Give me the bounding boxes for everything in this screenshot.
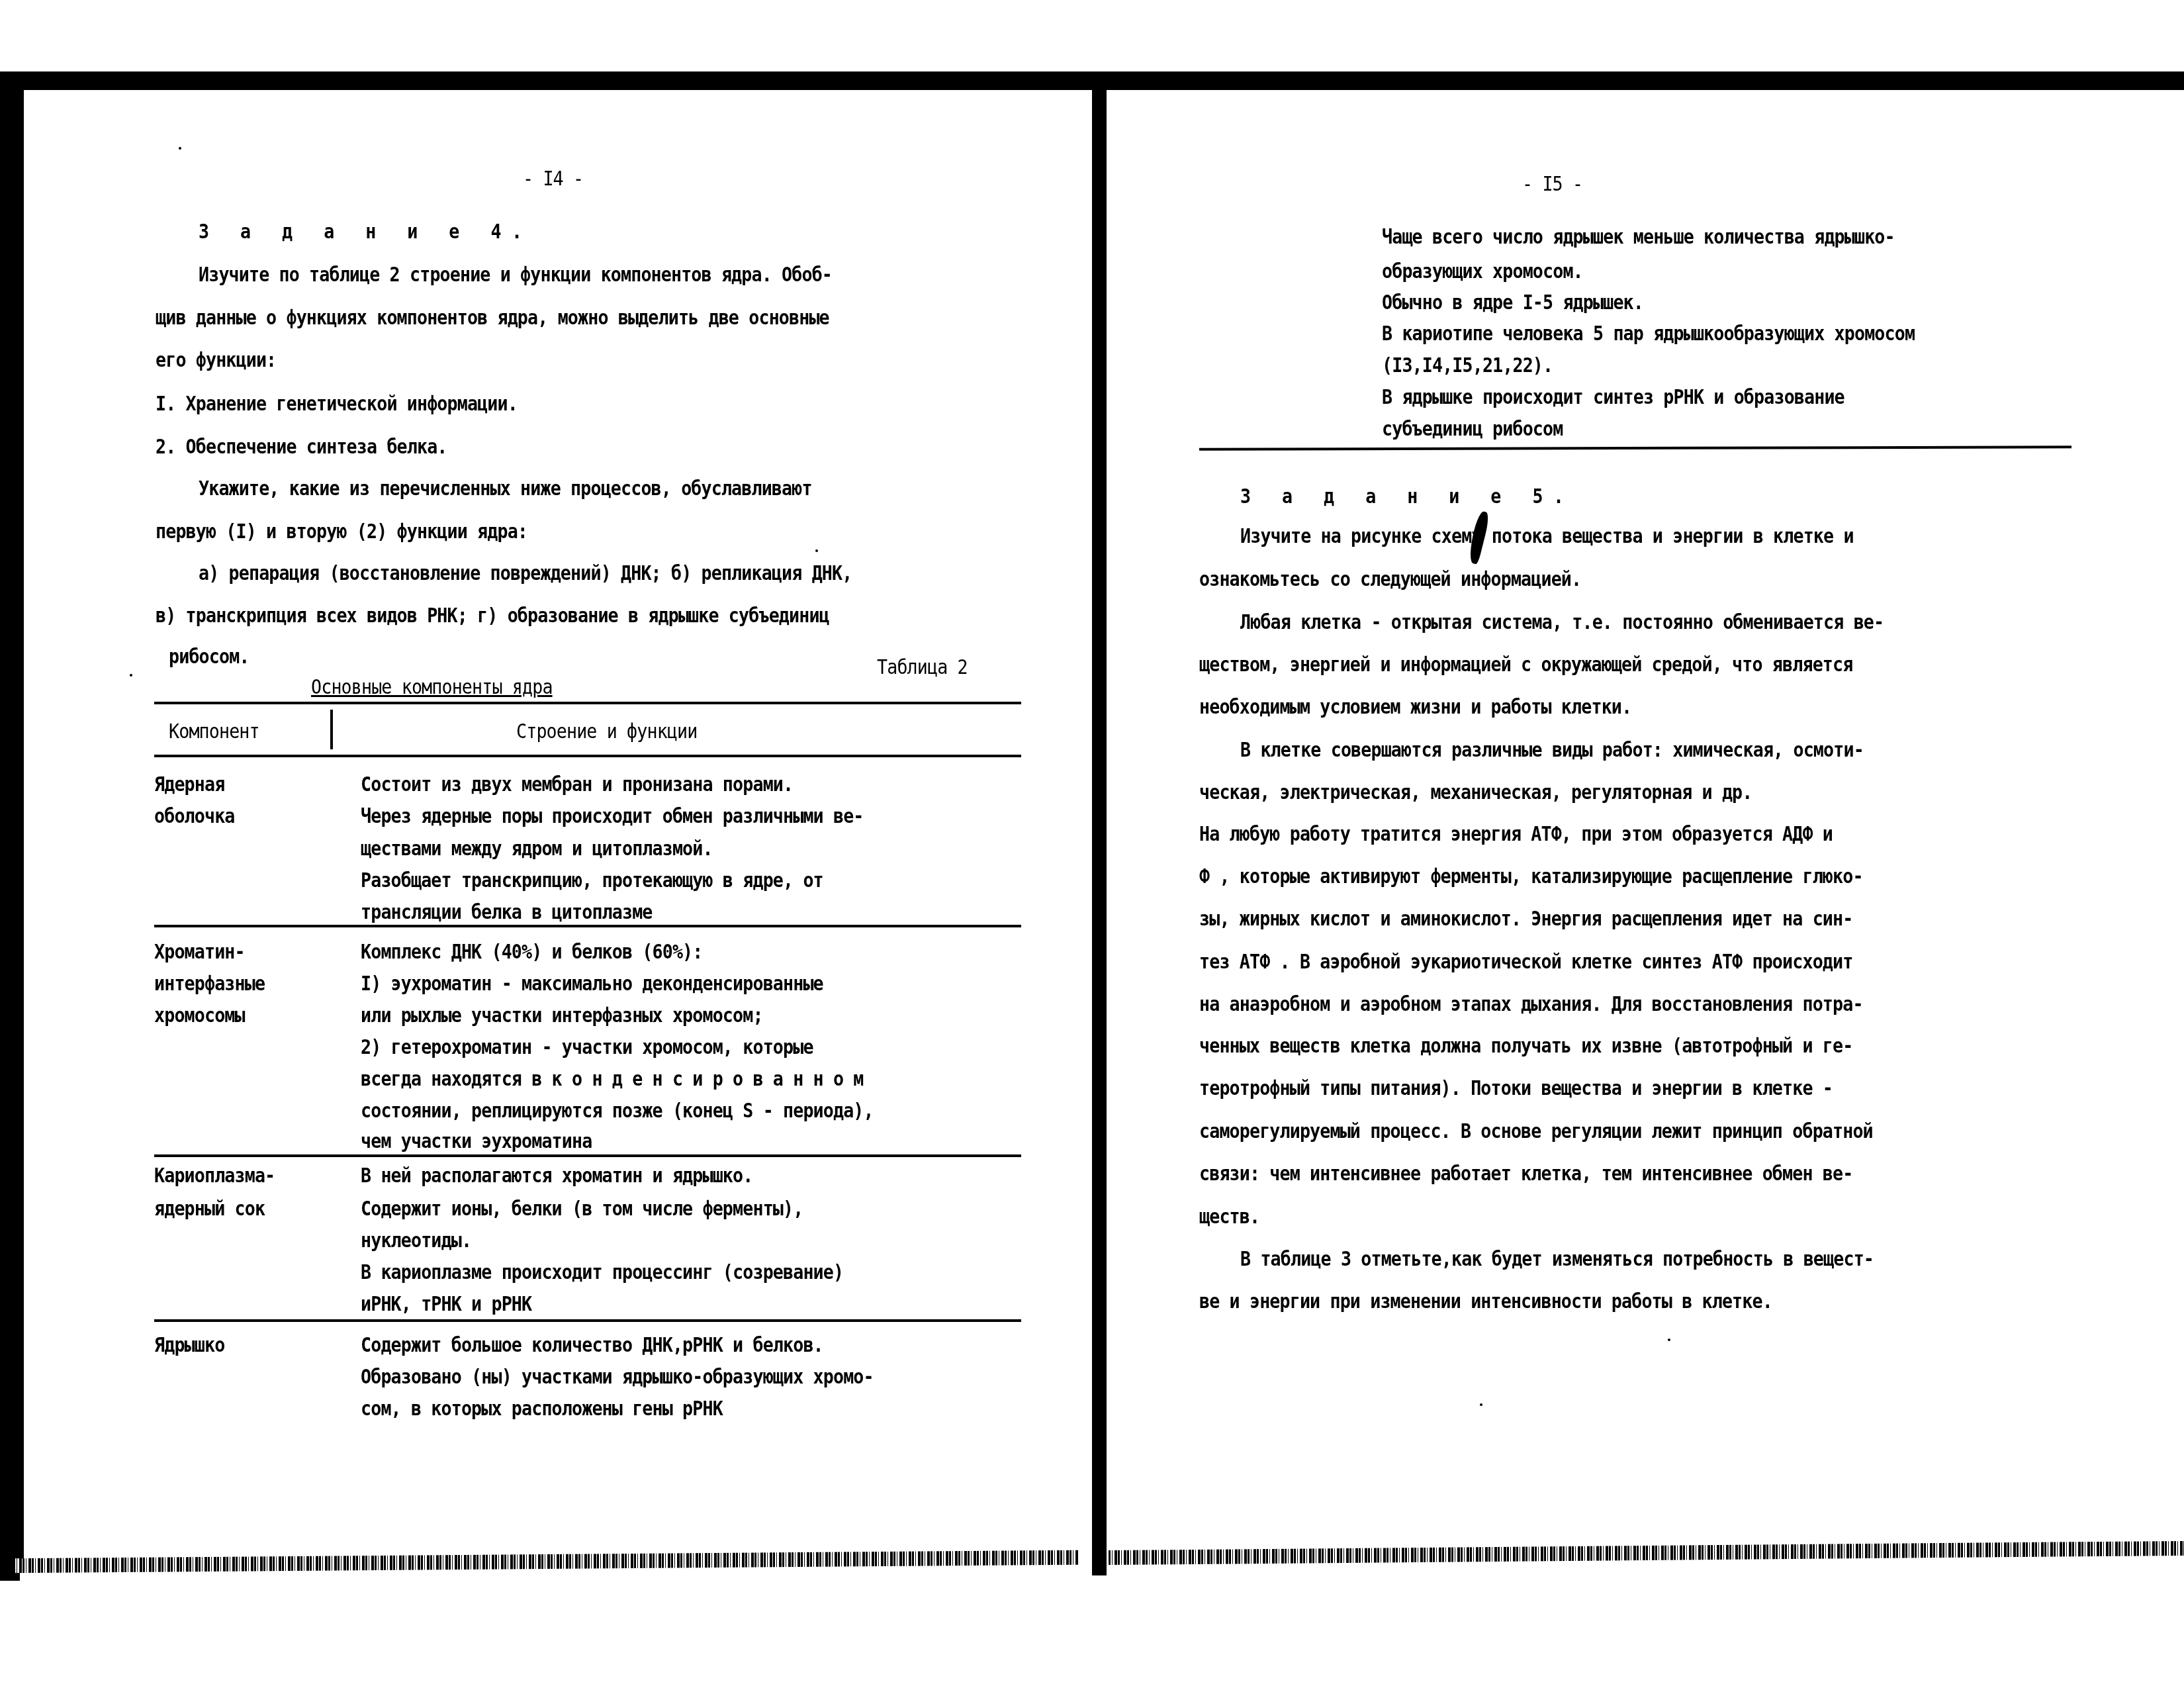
paragraph-line: ченных веществ клетка должна получать их… xyxy=(1199,1033,1852,1059)
section-divider xyxy=(1199,445,2071,450)
scan-speck xyxy=(815,549,818,552)
table-label: Таблица 2 xyxy=(877,654,968,680)
cell-line: всегда находятся в к о н д е н с и р о в… xyxy=(361,1066,864,1092)
paragraph-line: На любую работу тратится энергия АТФ, пр… xyxy=(1199,821,1833,847)
paragraph-line: тез АТФ . В аэробной эукариотической кле… xyxy=(1199,949,1852,975)
scan-noise-left xyxy=(13,1550,1079,1573)
paragraph-line: образующих хромосом. xyxy=(1382,258,1583,285)
paragraph-line: Ф , которые активируют ферменты, катализ… xyxy=(1199,863,1863,890)
paragraph-line: Изучите по таблице 2 строение и функции … xyxy=(199,261,832,288)
component-name: оболочка xyxy=(154,803,235,829)
cell-line: Содержит ионы, белки (в том числе фермен… xyxy=(361,1196,803,1222)
paragraph-line: ществом, энергией и информацией с окружа… xyxy=(1199,651,1852,678)
table-caption: Основные компоненты ядра xyxy=(311,674,553,700)
column-header-structure: Строение и функции xyxy=(516,718,697,745)
cell-line: Разобщает транскрипцию, протекающую в яд… xyxy=(361,867,823,894)
table-row-divider xyxy=(154,925,1021,927)
paragraph-line: зы, жирных кислот и аминокислот. Энергия… xyxy=(1199,906,1852,932)
cell-line: Содержит большое количество ДНК,рРНК и б… xyxy=(361,1332,823,1358)
scan-speck xyxy=(179,147,181,150)
paragraph-line: В кариотипе человека 5 пар ядрышкообразу… xyxy=(1382,320,1915,347)
cell-line: 2) гетерохроматин - участки хромосом, ко… xyxy=(361,1034,813,1060)
cell-line: сом, в которых расположены гены рРНК xyxy=(361,1395,723,1422)
cell-line: нуклеотиды. xyxy=(361,1227,471,1254)
paragraph-line: субъединиц рибосом xyxy=(1382,416,1563,442)
scan-border-left xyxy=(0,71,20,1581)
scan-border-left-inner xyxy=(20,90,24,1566)
paragraph-line: теротрофный типы питания). Потоки вещест… xyxy=(1199,1075,1833,1102)
cell-line: В ней располагаются хроматин и ядрышко. xyxy=(361,1162,752,1189)
table-row-divider xyxy=(154,1319,1021,1322)
cell-line: Состоит из двух мембран и пронизана пора… xyxy=(361,771,793,798)
paragraph-line: в) транскрипция всех видов РНК; г) образ… xyxy=(156,602,829,629)
cell-line: Через ядерные поры происходит обмен разл… xyxy=(361,803,864,829)
cell-line: В кариоплазме происходит процессинг (соз… xyxy=(361,1259,843,1286)
paragraph-line: щив данные о функциях компонентов ядра, … xyxy=(156,305,829,331)
paragraph-line: Чаще всего число ядрышек меньше количест… xyxy=(1382,224,1895,250)
scan-speck xyxy=(130,674,132,677)
paragraph-line: саморегулируемый процесс. В основе регул… xyxy=(1199,1118,1873,1145)
cell-line: чем участки эухроматина xyxy=(361,1128,592,1154)
paragraph-line: связи: чем интенсивнее работает клетка, … xyxy=(1199,1160,1852,1187)
list-item: 2. Обеспечение синтеза белка. xyxy=(156,434,447,460)
column-header-component: Компонент xyxy=(169,718,259,745)
paragraph-line: В клетке совершаются различные виды рабо… xyxy=(1240,737,1864,763)
paragraph-line: рибосом. xyxy=(169,643,250,670)
book-spine xyxy=(1092,86,1107,1575)
component-name: Кариоплазма- xyxy=(154,1162,275,1189)
paragraph-line: на анаэробном и аэробном этапах дыхания.… xyxy=(1199,991,1863,1017)
paragraph-line: ческая, электрическая, механическая, рег… xyxy=(1199,779,1752,806)
scan-speck xyxy=(1480,1403,1482,1406)
paragraph-line: В таблице 3 отметьте,как будет изменятьс… xyxy=(1240,1246,1874,1272)
component-name: Ядрышко xyxy=(154,1332,224,1358)
paragraph-line: Укажите, какие из перечисленных ниже про… xyxy=(199,475,812,502)
paragraph-line: Изучите на рисунке схему потока вещества… xyxy=(1240,523,1854,549)
scan-noise-right xyxy=(1109,1541,2184,1565)
paragraph-line: ве и энергии при изменении интенсивности… xyxy=(1199,1288,1772,1315)
table-rule-top xyxy=(154,702,1021,704)
cell-line: I) эухроматин - максимально деконденсиро… xyxy=(361,970,823,997)
paragraph-line: его функции: xyxy=(156,347,276,373)
table-row-divider xyxy=(154,1154,1021,1157)
table-rule-header xyxy=(154,755,1021,757)
page-number: - I4 - xyxy=(523,165,583,192)
cell-line: Образовано (ны) участками ядрышко-образу… xyxy=(361,1364,874,1390)
paragraph-line: ознакомьтесь со следующей информацией. xyxy=(1199,566,1581,592)
cell-line: трансляции белка в цитоплазме xyxy=(361,899,653,925)
paragraph-line: первую (I) и вторую (2) функции ядра: xyxy=(156,518,527,545)
paragraph-line: Любая клетка - открытая система, т.е. по… xyxy=(1240,609,1884,635)
component-name: Хроматин- xyxy=(154,939,245,965)
component-name: Ядерная xyxy=(154,771,224,798)
paragraph-line: В ядрышке происходит синтез рРНК и образ… xyxy=(1382,384,1844,410)
task-title: З а д а н и е 5. xyxy=(1240,483,1574,510)
component-name: интерфазные xyxy=(154,970,265,997)
paragraph-line: Обычно в ядре I-5 ядрышек. xyxy=(1382,289,1643,316)
cell-line: Комплекс ДНК (40%) и белков (60%): xyxy=(361,939,702,965)
component-name: хромосомы xyxy=(154,1002,245,1029)
scan-speck xyxy=(1668,1338,1670,1341)
task-title: З а д а н и е 4. xyxy=(199,218,532,245)
cell-line: иРНК, тРНК и рРНК xyxy=(361,1291,531,1317)
component-name: ядерный сок xyxy=(154,1196,265,1222)
cell-line: или рыхлые участки интерфазных хромосом; xyxy=(361,1002,763,1029)
list-item: I. Хранение генетической информации. xyxy=(156,391,518,417)
column-divider xyxy=(330,710,333,749)
paragraph-line: (I3,I4,I5,21,22). xyxy=(1382,352,1553,379)
cell-line: состоянии, реплицируются позже (конец S … xyxy=(361,1098,874,1124)
paragraph-line: а) репарация (восстановление повреждений… xyxy=(199,560,852,586)
paragraph-line: необходимым условием жизни и работы клет… xyxy=(1199,694,1631,720)
paragraph-line: ществ. xyxy=(1199,1203,1259,1230)
cell-line: ществами между ядром и цитоплазмой. xyxy=(361,835,713,862)
page-number: - I5 - xyxy=(1522,171,1582,197)
